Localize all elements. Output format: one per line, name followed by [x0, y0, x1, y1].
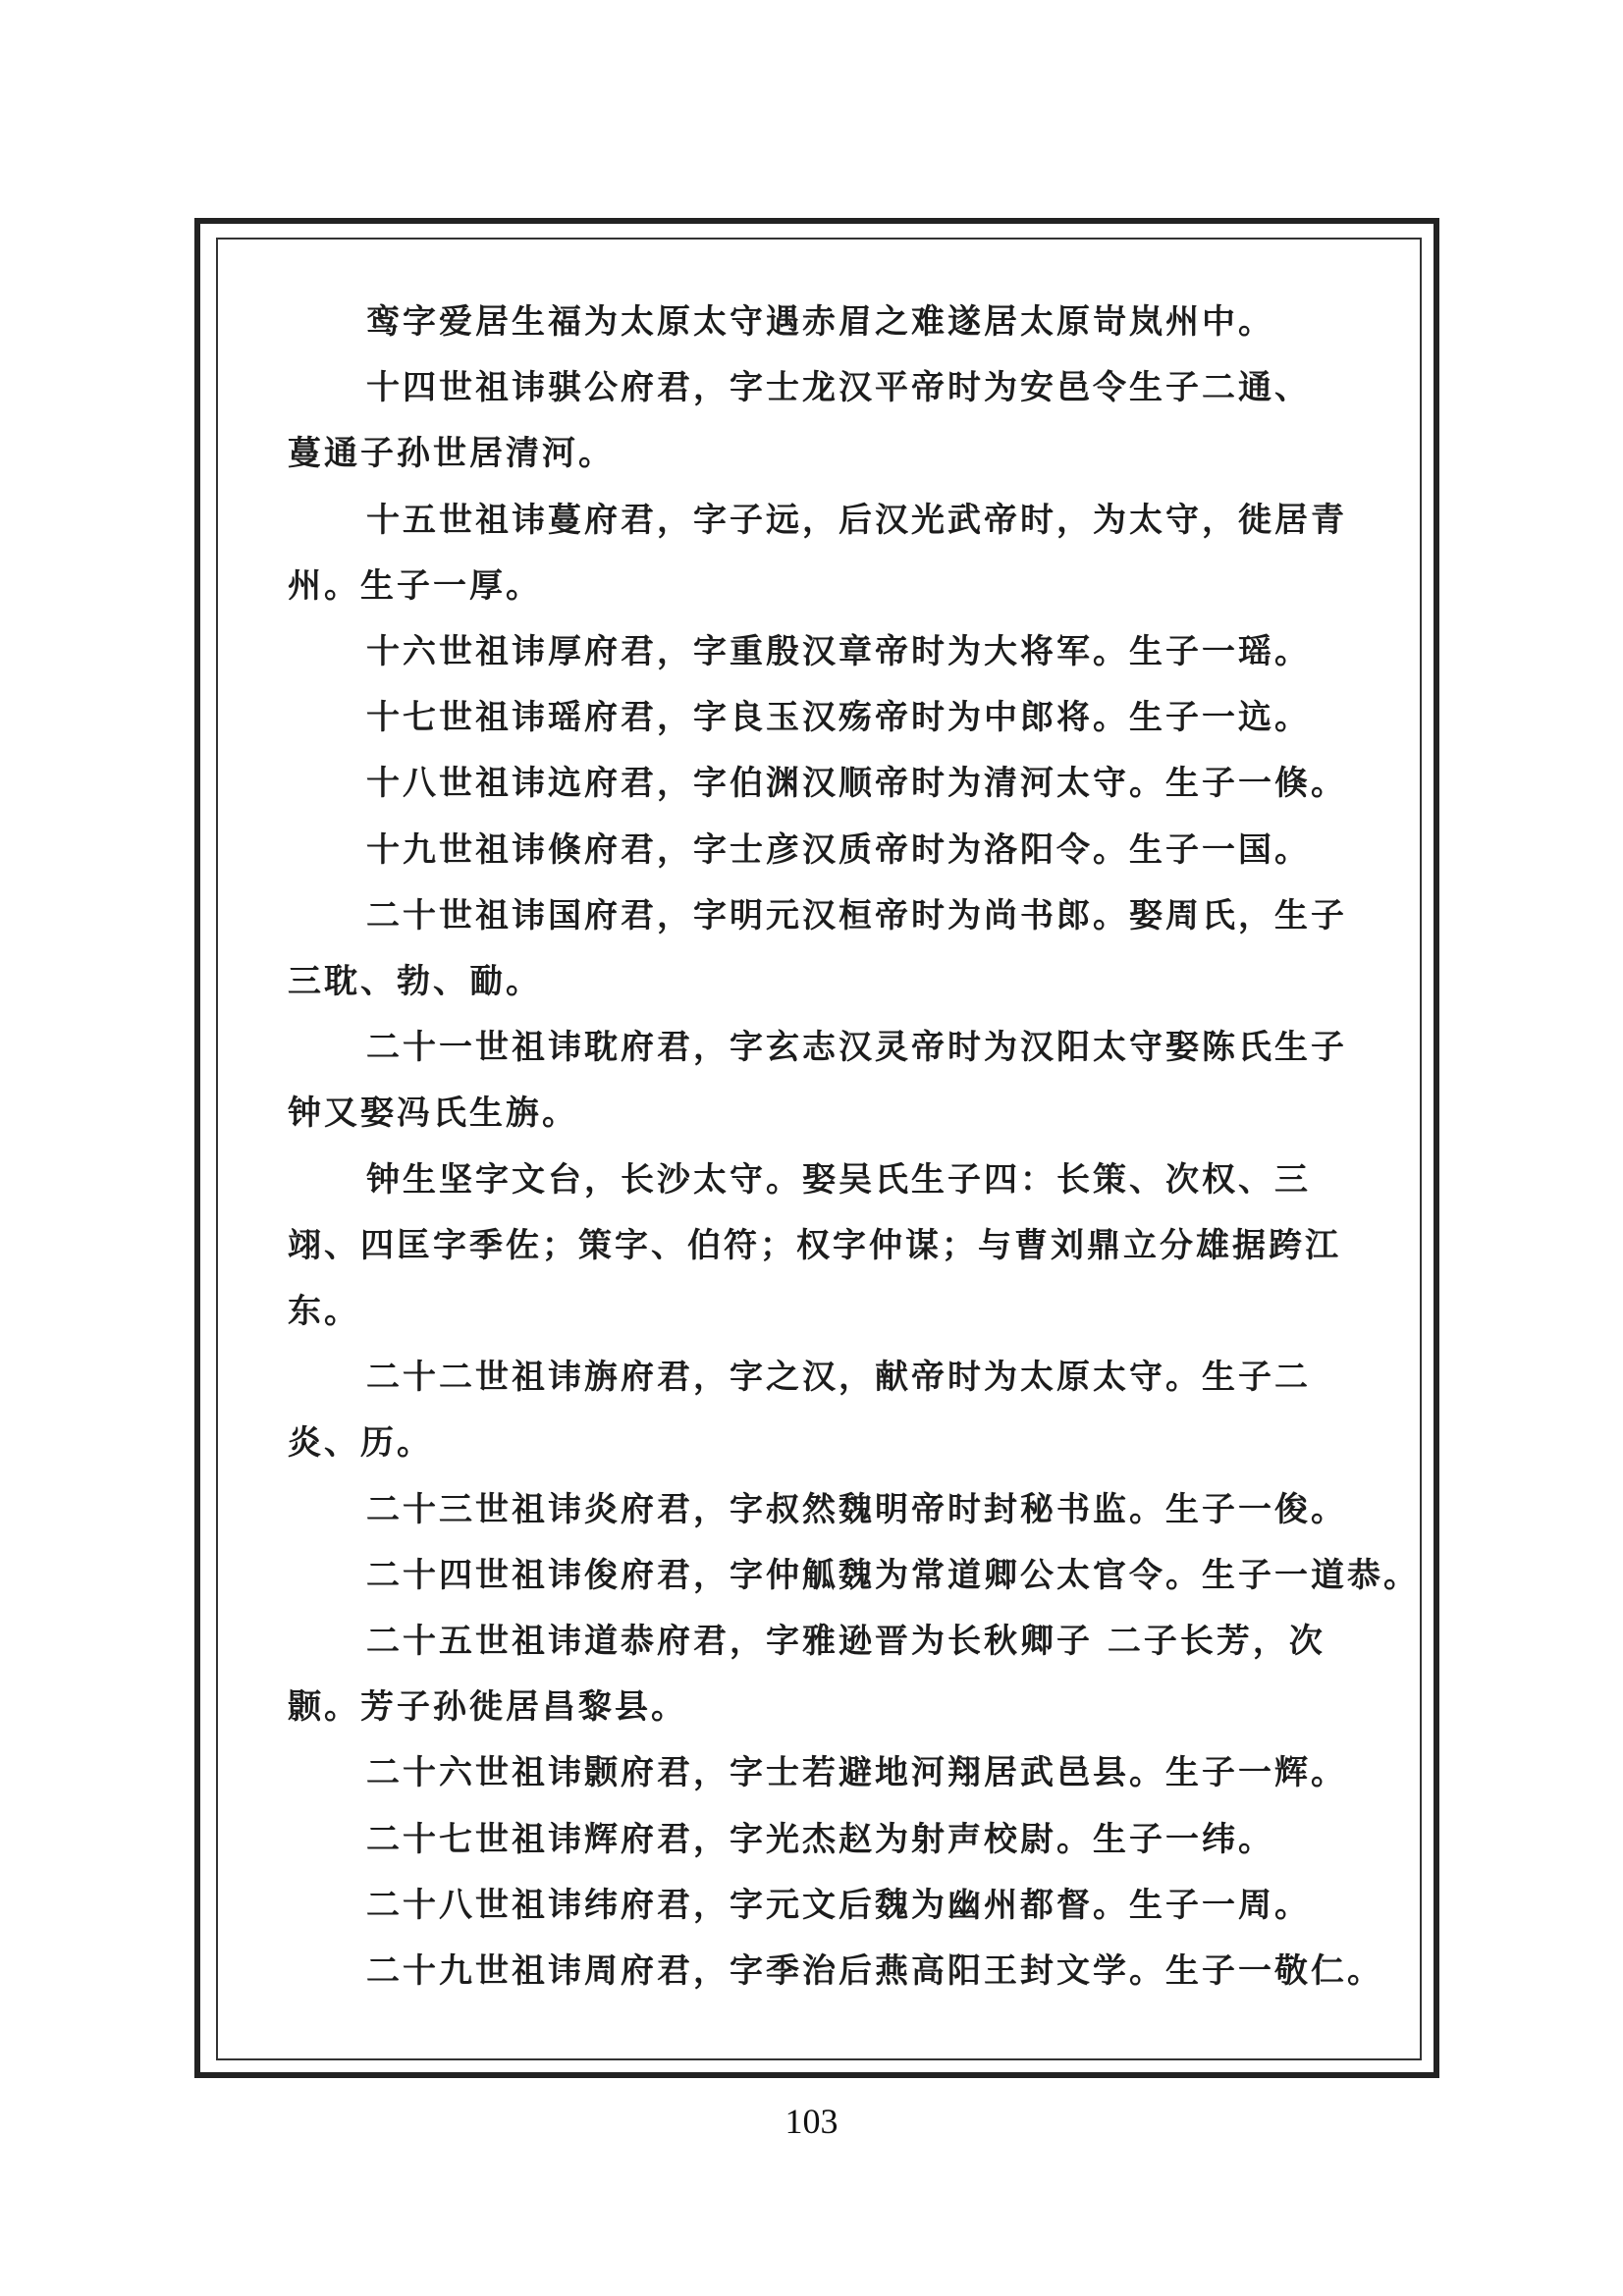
text-line: 十四世祖讳骐公府君，字士龙汉平帝时为安邑令生子二通、: [366, 360, 1311, 415]
text-line: 鸾字爱居生福为太原太守遇赤眉之难遂居太原岢岚州中。: [366, 294, 1274, 349]
text-line: 钟又娶冯氏生旃。: [288, 1086, 578, 1141]
text-line: 二十七世祖讳辉府君，字光杰赵为射声校尉。生子一纬。: [366, 1812, 1274, 1867]
text-line: 二十世祖讳国府君，字明元汉桓帝时为尚书郎。娶周氏，生子: [366, 888, 1347, 943]
text-line: 二十一世祖讳耽府君，字玄志汉灵帝时为汉阳太守娶陈氏生子: [366, 1020, 1347, 1075]
text-line: 十八世祖讳迒府君，字伯渊汉顺帝时为清河太守。生子一倏。: [366, 756, 1347, 811]
text-line: 二十二世祖讳旃府君，字之汉，献帝时为太原太守。生子二: [366, 1350, 1311, 1405]
text-line: 蔓通子孙世居清河。: [288, 426, 615, 481]
text-line: 二十八世祖讳纬府君，字元文后魏为幽州都督。生子一周。: [366, 1878, 1311, 1933]
text-line: 二十五世祖讳道恭府君，字雅逊晋为长秋卿子 二子长芳，次: [366, 1614, 1325, 1669]
text-line: 东。: [288, 1284, 360, 1339]
text-line: 二十九世祖讳周府君，字季治后燕高阳王封文学。生子一敬仁。: [366, 1944, 1383, 1999]
text-line: 二十三世祖讳炎府君，字叔然魏明帝时封秘书监。生子一俊。: [366, 1482, 1347, 1537]
text-line: 二十六世祖讳颢府君，字士若避地河翔居武邑县。生子一辉。: [366, 1745, 1347, 1800]
text-line: 颢。芳子孙徙居昌黎县。: [288, 1680, 687, 1735]
text-line: 十九世祖讳倏府君，字士彦汉质帝时为洛阳令。生子一国。: [366, 823, 1311, 878]
text-line: 十七世祖讳瑶府君，字良玉汉殇帝时为中郎将。生子一迒。: [366, 690, 1311, 745]
text-line: 二十四世祖讳俊府君，字仲觚魏为常道卿公太官令。生子一道恭。: [366, 1548, 1420, 1603]
text-line: 十六世祖讳厚府君，字重殷汉章帝时为大将军。生子一瑶。: [366, 624, 1311, 679]
text-line: 十五世祖讳蔓府君，字子远，后汉光武帝时，为太守，徙居青: [366, 493, 1347, 548]
text-line: 州。生子一厚。: [288, 559, 542, 614]
page-number: 103: [0, 2101, 1623, 2142]
text-line: 钟生坚字文台，长沙太守。娶吴氏生子四：长策、次权、三: [366, 1152, 1311, 1207]
text-line: 三耽、勃、勔。: [288, 954, 542, 1009]
text-line: 翊、四匡字季佐；策字、伯符；权字仲谋；与曹刘鼎立分雄据跨江: [288, 1218, 1341, 1273]
text-line: 炎、历。: [288, 1415, 433, 1470]
